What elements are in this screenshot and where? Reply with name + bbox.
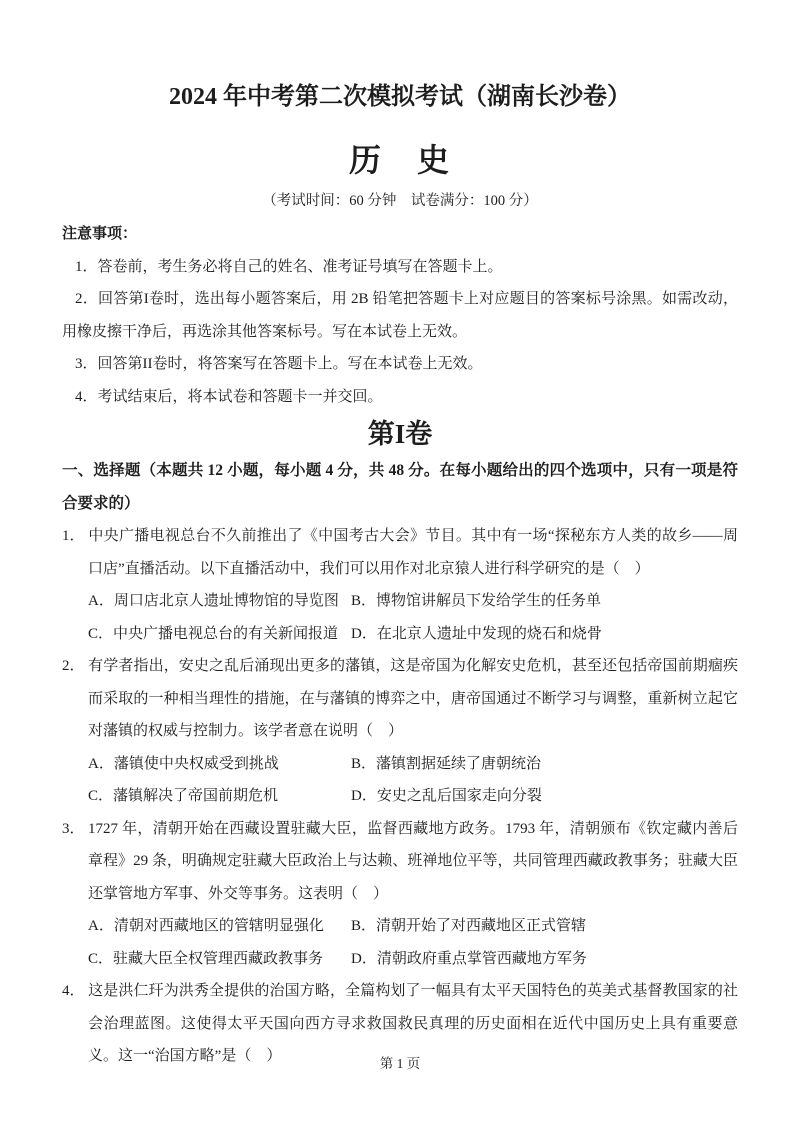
option-a-text: 清朝对西藏地区的管辖明显强化	[114, 918, 324, 934]
option-c-label: C．	[88, 788, 113, 804]
option-c: C．中央广播电视总台的有关新闻报道	[88, 618, 351, 651]
exam-title: 2024 年中考第二次模拟考试（湖南长沙卷）	[62, 82, 738, 112]
option-b-label: B．	[351, 756, 376, 772]
option-d-text: 在北京人遗址中发现的烧石和烧骨	[377, 626, 602, 642]
option-d: D．安史之乱后国家走向分裂	[351, 780, 738, 813]
option-a-text: 周口店北京人遗址博物馆的导览图	[114, 593, 339, 609]
question-4-number: 4．	[62, 975, 88, 1008]
option-d-label: D．	[351, 951, 377, 967]
notice-section: 注意事项： 1．答卷前，考生务必将自己的姓名、准考证号填写在答题卡上。 2．回答…	[62, 218, 738, 413]
option-c: C．驻藏大臣全权管理西藏政教事务	[88, 943, 351, 976]
notice-item-1: 1．答卷前，考生务必将自己的姓名、准考证号填写在答题卡上。	[62, 251, 738, 284]
option-b-label: B．	[351, 593, 376, 609]
exam-paper-page: 2024 年中考第二次模拟考试（湖南长沙卷） 历 史 （考试时间：60 分钟 试…	[0, 0, 800, 1131]
option-a: A．藩镇使中央权威受到挑战	[88, 748, 351, 781]
option-a-text: 藩镇使中央权威受到挑战	[114, 756, 279, 772]
question-4-text: 这是洪仁玕为洪秀全提供的治国方略，全篇构划了一幅具有太平天国特色的英美式基督教国…	[88, 983, 738, 1064]
option-b-text: 博物馆讲解员下发给学生的任务单	[376, 593, 601, 609]
question-1-number: 1．	[62, 520, 88, 553]
notice-item-4: 4．考试结束后，将本试卷和答题卡一并交回。	[62, 381, 738, 414]
option-d: D．在北京人遗址中发现的烧石和烧骨	[351, 618, 738, 651]
notice-heading: 注意事项：	[62, 218, 738, 251]
option-d-label: D．	[351, 788, 377, 804]
question-1-options: A．周口店北京人遗址博物馆的导览图 B．博物馆讲解员下发给学生的任务单 C．中央…	[88, 585, 738, 650]
question-1-text: 中央广播电视总台不久前推出了《中国考古大会》节目。其中有一场“探秘东方人类的故乡…	[88, 528, 738, 577]
question-1: 1．中央广播电视总台不久前推出了《中国考古大会》节目。其中有一场“探秘东方人类的…	[62, 520, 738, 650]
exam-info-line: （考试时间：60 分钟 试卷满分：100 分）	[62, 190, 738, 212]
question-1-stem: 1．中央广播电视总台不久前推出了《中国考古大会》节目。其中有一场“探秘东方人类的…	[62, 520, 738, 585]
option-a-label: A．	[88, 918, 114, 934]
option-b: B．博物馆讲解员下发给学生的任务单	[351, 585, 738, 618]
option-c-label: C．	[88, 951, 113, 967]
question-3-stem: 3．1727 年，清朝开始在西藏设置驻藏大臣，监督西藏地方政务。1793 年，清…	[62, 813, 738, 911]
part-heading: 一、选择题（本题共 12 小题，每小题 4 分，共 48 分。在每小题给出的四个…	[62, 455, 738, 520]
option-b-label: B．	[351, 918, 376, 934]
question-3-options: A．清朝对西藏地区的管辖明显强化 B．清朝开始了对西藏地区正式管辖 C．驻藏大臣…	[88, 910, 738, 975]
option-a-label: A．	[88, 593, 114, 609]
question-3: 3．1727 年，清朝开始在西藏设置驻藏大臣，监督西藏地方政务。1793 年，清…	[62, 813, 738, 976]
question-3-number: 3．	[62, 813, 88, 846]
option-d: D．清朝政府重点掌管西藏地方军务	[351, 943, 738, 976]
option-c-label: C．	[88, 626, 113, 642]
option-b-text: 清朝开始了对西藏地区正式管辖	[376, 918, 586, 934]
question-3-text: 1727 年，清朝开始在西藏设置驻藏大臣，监督西藏地方政务。1793 年，清朝颁…	[88, 821, 738, 902]
question-2-options: A．藩镇使中央权威受到挑战 B．藩镇割据延续了唐朝统治 C．藩镇解决了帝国前期危…	[88, 748, 738, 813]
subject-title: 历 史	[62, 142, 738, 178]
notice-item-2: 2．回答第I卷时，选出每小题答案后，用 2B 铅笔把答题卡上对应题目的答案标号涂…	[62, 283, 738, 348]
option-d-text: 清朝政府重点掌管西藏地方军务	[377, 951, 587, 967]
page-number: 第 1 页	[0, 1055, 800, 1073]
question-2-text: 有学者指出，安史之乱后涌现出更多的藩镇，这是帝国为化解安史危机，甚至还包括帝国前…	[88, 658, 738, 739]
option-b: B．藩镇割据延续了唐朝统治	[351, 748, 738, 781]
volume-title: 第I卷	[62, 415, 738, 453]
option-d-text: 安史之乱后国家走向分裂	[377, 788, 542, 804]
option-a: A．周口店北京人遗址博物馆的导览图	[88, 585, 351, 618]
option-b-text: 藩镇割据延续了唐朝统治	[376, 756, 541, 772]
option-d-label: D．	[351, 626, 377, 642]
option-a: A．清朝对西藏地区的管辖明显强化	[88, 910, 351, 943]
notice-item-3: 3．回答第II卷时，将答案写在答题卡上。写在本试卷上无效。	[62, 348, 738, 381]
option-c-text: 驻藏大臣全权管理西藏政教事务	[113, 951, 323, 967]
option-a-label: A．	[88, 756, 114, 772]
option-c-text: 中央广播电视总台的有关新闻报道	[113, 626, 338, 642]
option-c-text: 藩镇解决了帝国前期危机	[113, 788, 278, 804]
question-2: 2．有学者指出，安史之乱后涌现出更多的藩镇，这是帝国为化解安史危机，甚至还包括帝…	[62, 650, 738, 813]
option-c: C．藩镇解决了帝国前期危机	[88, 780, 351, 813]
option-b: B．清朝开始了对西藏地区正式管辖	[351, 910, 738, 943]
question-2-stem: 2．有学者指出，安史之乱后涌现出更多的藩镇，这是帝国为化解安史危机，甚至还包括帝…	[62, 650, 738, 748]
question-2-number: 2．	[62, 650, 88, 683]
